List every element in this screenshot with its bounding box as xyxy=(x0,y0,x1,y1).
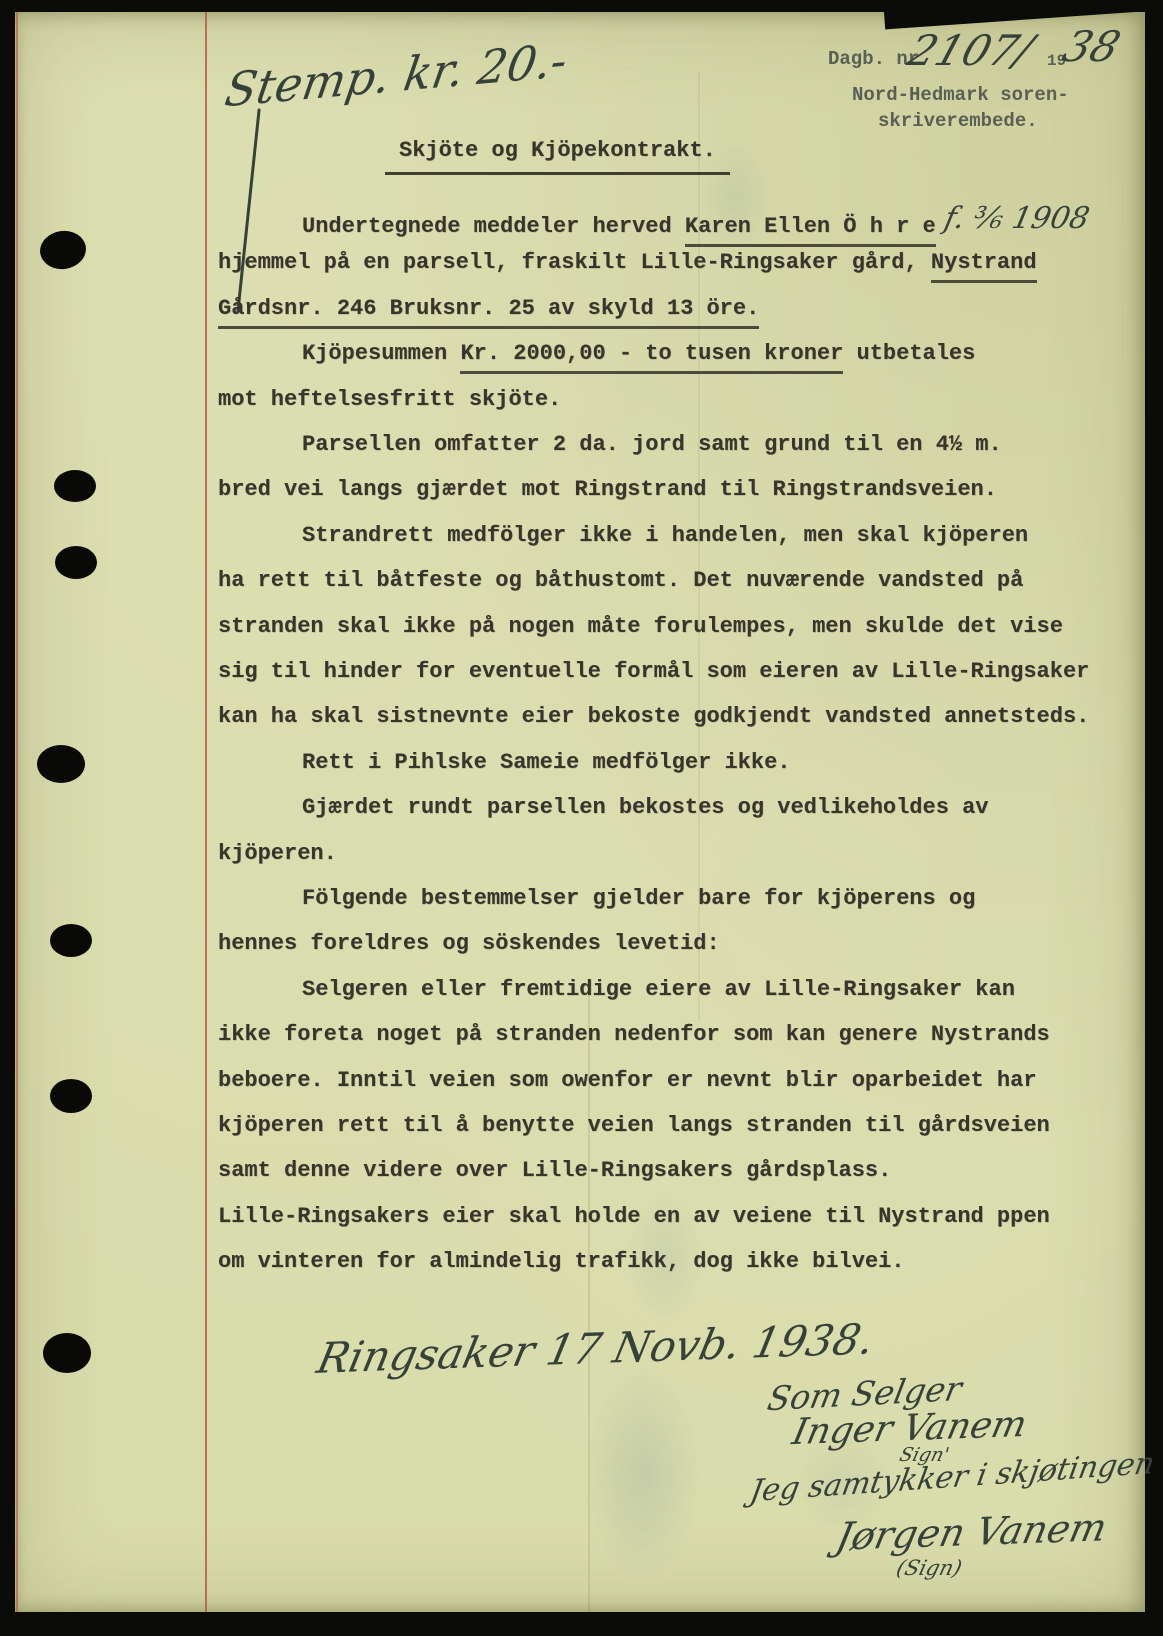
typed-text: samt denne videre over Lille-Ringsakers … xyxy=(218,1158,891,1183)
body-line: om vinteren for almindelig trafikk, dog … xyxy=(218,1249,905,1274)
punch-hole xyxy=(50,1079,92,1113)
typed-text: ha rett til båtfeste og båthustomt. Det … xyxy=(218,568,1023,593)
typed-text: om vinteren for almindelig trafikk, dog … xyxy=(218,1249,905,1274)
body-line: bred vei langs gjærdet mot Ringstrand ti… xyxy=(218,477,997,502)
body-line: kjöperen. xyxy=(218,841,337,866)
typed-text: kjöperen rett til å benytte veien langs … xyxy=(218,1113,1050,1138)
typed-text: kan ha skal sistnevnte eier bekoste godk… xyxy=(218,704,1089,729)
body-line: hjemmel på en parsell, fraskilt Lille-Ri… xyxy=(218,250,1037,275)
body-line: kjöperen rett til å benytte veien langs … xyxy=(218,1113,1050,1138)
body-line: Gårdsnr. 246 Bruksnr. 25 av skyld 13 öre… xyxy=(218,296,759,321)
typed-text: Strandrett medfölger ikke i handelen, me… xyxy=(302,523,1028,548)
office-stamp-line2: skriverembede. xyxy=(878,110,1038,132)
punch-hole xyxy=(50,924,92,957)
margin-rule-line xyxy=(205,12,207,1612)
punch-hole xyxy=(37,745,85,783)
ink-bleedthrough-smudge xyxy=(585,1367,700,1582)
journal-year-handwritten: 38 xyxy=(1057,22,1126,71)
body-line: Parsellen omfatter 2 da. jord samt grund… xyxy=(302,432,1002,457)
body-line: Gjærdet rundt parsellen bekostes og vedl… xyxy=(302,795,989,820)
office-stamp-line1: Nord-Hedmark soren- xyxy=(852,84,1069,106)
body-line: Kjöpesummen Kr. 2000,00 - to tusen krone… xyxy=(302,341,975,366)
pen-flourish-stroke xyxy=(236,108,260,312)
punch-hole xyxy=(43,1333,91,1373)
paper-edge-red-line xyxy=(16,12,18,1612)
typed-text: Nystrand xyxy=(931,250,1037,283)
scanned-document-page: Stemp. kr. 20.- Dagb. nr 2107/ 19 38 Nor… xyxy=(0,0,1163,1636)
document-title: Skjöte og Kjöpekontrakt. xyxy=(385,138,730,175)
typed-text: Parsellen omfatter 2 da. jord samt grund… xyxy=(302,432,1002,457)
body-line: samt denne videre over Lille-Ringsakers … xyxy=(218,1158,891,1183)
typed-text: Gjærdet rundt parsellen bekostes og vedl… xyxy=(302,795,989,820)
body-line: stranden skal ikke på nogen måte forulem… xyxy=(218,614,1063,639)
typed-text: Rett i Pihlske Sameie medfölger ikke. xyxy=(302,750,790,775)
consent-signature: Jørgen Vanem xyxy=(832,1505,1111,1559)
typed-text: hjemmel på en parsell, fraskilt Lille-Ri… xyxy=(218,250,931,275)
place-date-handwritten: Ringsaker 17 Novb. 1938. xyxy=(313,1314,879,1383)
typed-text: beboere. Inntil veien som owenfor er nev… xyxy=(218,1068,1037,1093)
body-line: mot heftelsesfritt skjöte. xyxy=(218,387,561,412)
typed-text: Karen Ellen Ö h r e xyxy=(685,214,936,247)
body-line: ikke foreta noget på stranden nedenfor s… xyxy=(218,1022,1050,1047)
journal-number-handwritten: 2107/ xyxy=(902,26,1039,75)
handwritten-birthdate-note: f. ³⁄₆ 1908 xyxy=(941,201,1093,236)
body-line: Undertegnede meddeler herved Karen Ellen… xyxy=(302,205,1088,240)
typed-text: mot heftelsesfritt skjöte. xyxy=(218,387,561,412)
body-line: Strandrett medfölger ikke i handelen, me… xyxy=(302,523,1028,548)
body-line: sig til hinder for eventuelle formål som… xyxy=(218,659,1089,684)
punch-hole xyxy=(55,546,97,579)
punch-hole xyxy=(54,470,96,502)
body-line: Fölgende bestemmelser gjelder bare for k… xyxy=(302,886,975,911)
typed-text: sig til hinder for eventuelle formål som… xyxy=(218,659,1089,684)
typed-text: kjöperen. xyxy=(218,841,337,866)
punch-hole xyxy=(38,228,89,272)
typed-text: Undertegnede meddeler herved xyxy=(302,214,685,239)
typed-text: hennes foreldres og söskendes levetid: xyxy=(218,931,720,956)
typed-text: Kr. 2000,00 - to tusen kroner xyxy=(460,341,843,374)
paper-sheet: Stemp. kr. 20.- Dagb. nr 2107/ 19 38 Nor… xyxy=(15,12,1145,1612)
stamp-fee-note: Stemp. kr. 20.- xyxy=(221,33,571,118)
body-line: hennes foreldres og söskendes levetid: xyxy=(218,931,720,956)
typed-text: bred vei langs gjærdet mot Ringstrand ti… xyxy=(218,477,997,502)
typed-text: Lille-Ringsakers eier skal holde en av v… xyxy=(218,1204,1050,1229)
body-line: Rett i Pihlske Sameie medfölger ikke. xyxy=(302,750,790,775)
body-line: ha rett til båtfeste og båthustomt. Det … xyxy=(218,568,1023,593)
body-line: beboere. Inntil veien som owenfor er nev… xyxy=(218,1068,1037,1093)
body-line: Selgeren eller fremtidige eiere av Lille… xyxy=(302,977,1015,1002)
body-line: Lille-Ringsakers eier skal holde en av v… xyxy=(218,1204,1050,1229)
typed-text: Kjöpesummen xyxy=(302,341,460,366)
typed-text: ikke foreta noget på stranden nedenfor s… xyxy=(218,1022,1050,1047)
typed-text: utbetales xyxy=(843,341,975,366)
body-line: kan ha skal sistnevnte eier bekoste godk… xyxy=(218,704,1089,729)
typed-text: stranden skal ikke på nogen måte forulem… xyxy=(218,614,1063,639)
typed-text: Fölgende bestemmelser gjelder bare for k… xyxy=(302,886,975,911)
consent-sign-note: (Sign) xyxy=(894,1556,964,1580)
typed-text: Selgeren eller fremtidige eiere av Lille… xyxy=(302,977,1015,1002)
typed-text: Gårdsnr. 246 Bruksnr. 25 av skyld 13 öre… xyxy=(218,296,759,329)
